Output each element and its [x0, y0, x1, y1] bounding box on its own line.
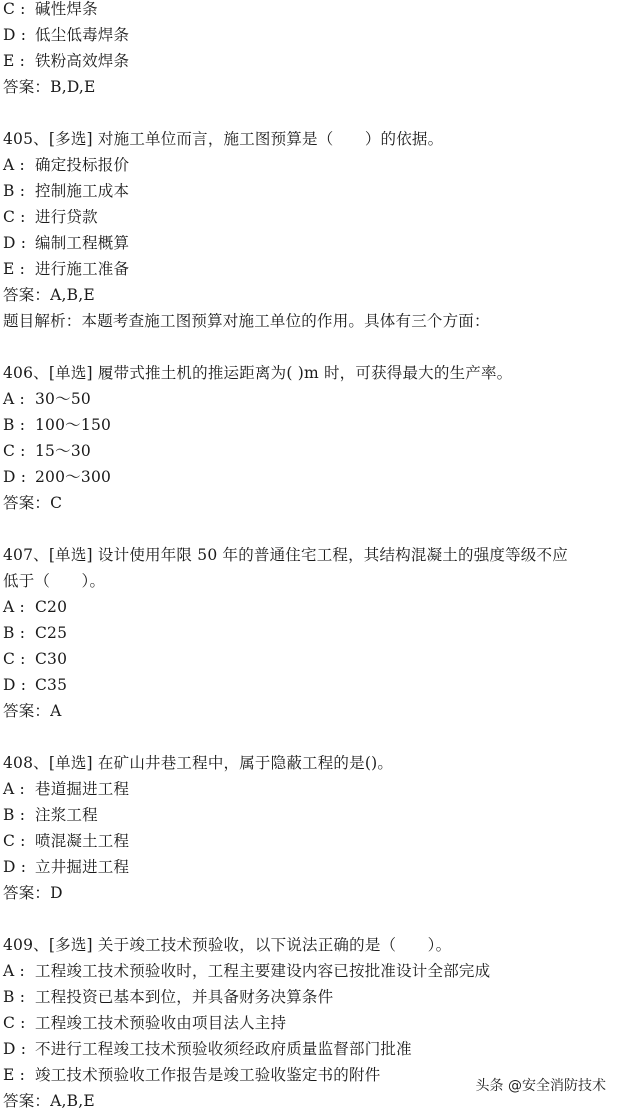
answer: 答案：D [3, 880, 618, 906]
option-d: D :不进行工程竣工技术预验收须经政府质量监督部门批准 [3, 1036, 618, 1062]
answer: 答案：C [3, 490, 618, 516]
option-a: A :C20 [3, 594, 618, 620]
option-b: B :工程投资已基本到位，并具备财务决算条件 [3, 984, 618, 1010]
option-b: B :控制施工成本 [3, 178, 618, 204]
option-b: B :C25 [3, 620, 618, 646]
option-c: C :15～30 [3, 438, 618, 464]
option-e: E :铁粉高效焊条 [3, 48, 618, 74]
option-c: C :进行贷款 [3, 204, 618, 230]
option-d: D :低尘低毒焊条 [3, 22, 618, 48]
question-stem-continued: 低于（ ）。 [3, 568, 618, 594]
answer: 答案：B,D,E [3, 74, 618, 100]
question-stem: 405、[多选] 对施工单位而言，施工图预算是（ ）的依据。 [3, 126, 618, 152]
watermark: 头条 @安全消防技术 [476, 1075, 606, 1095]
option-d: D :编制工程概算 [3, 230, 618, 256]
question-stem: 408、[单选] 在矿山井巷工程中，属于隐蔽工程的是()。 [3, 750, 618, 776]
document-page: C :碱性焊条 D :低尘低毒焊条 E :铁粉高效焊条 答案：B,D,E 405… [3, 0, 618, 1110]
answer: 答案：A [3, 698, 618, 724]
option-b: B :注浆工程 [3, 802, 618, 828]
option-d: D :200～300 [3, 464, 618, 490]
analysis: 题目解析：本题考查施工图预算对施工单位的作用。具体有三个方面： [3, 308, 618, 334]
option-b: B :100～150 [3, 412, 618, 438]
answer: 答案：A,B,E [3, 282, 618, 308]
option-c: C :C30 [3, 646, 618, 672]
option-c: C :喷混凝土工程 [3, 828, 618, 854]
option-a: A :确定投标报价 [3, 152, 618, 178]
question-stem: 406、[单选] 履带式推土机的推运距离为( )m 时，可获得最大的生产率。 [3, 360, 618, 386]
option-a: A :30～50 [3, 386, 618, 412]
option-e: E :进行施工准备 [3, 256, 618, 282]
option-a: A :工程竣工技术预验收时，工程主要建设内容已按批准设计全部完成 [3, 958, 618, 984]
option-a: A :巷道掘进工程 [3, 776, 618, 802]
question-stem: 407、[单选] 设计使用年限 50 年的普通住宅工程，其结构混凝土的强度等级不… [3, 542, 618, 568]
option-d: D :立井掘进工程 [3, 854, 618, 880]
question-stem: 409、[多选] 关于竣工技术预验收，以下说法正确的是（ ）。 [3, 932, 618, 958]
option-d: D :C35 [3, 672, 618, 698]
option-c: C :碱性焊条 [3, 0, 618, 22]
option-c: C :工程竣工技术预验收由项目法人主持 [3, 1010, 618, 1036]
